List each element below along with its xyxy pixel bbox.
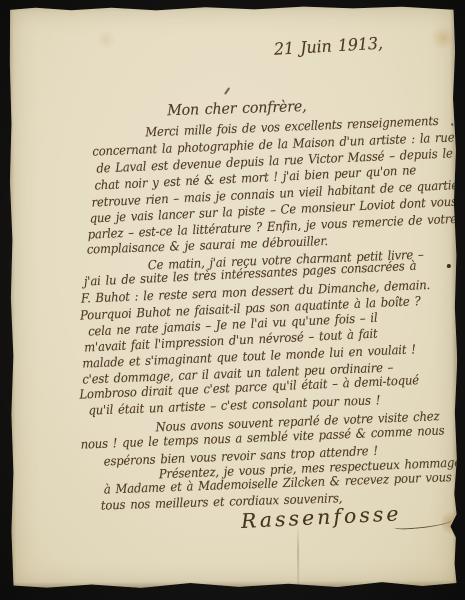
scan-backdrop: 21 Juin 1913, Mon cher confrère, Merci m… [0,0,465,600]
letter-body: Merci mille fois de vos excellents rense… [9,5,456,7]
paper-stain [95,31,117,49]
paper-crease [297,526,299,586]
ink-speck [451,123,453,126]
paper-stain [441,510,461,536]
paper-stain [430,27,456,49]
ink-speck [447,264,451,268]
salutation: Mon cher confrère, [167,97,307,119]
pen-mark [224,87,230,95]
date-line: 21 Juin 1913, [273,34,383,59]
letter-paper: 21 Juin 1913, Mon cher confrère, Merci m… [9,5,459,589]
